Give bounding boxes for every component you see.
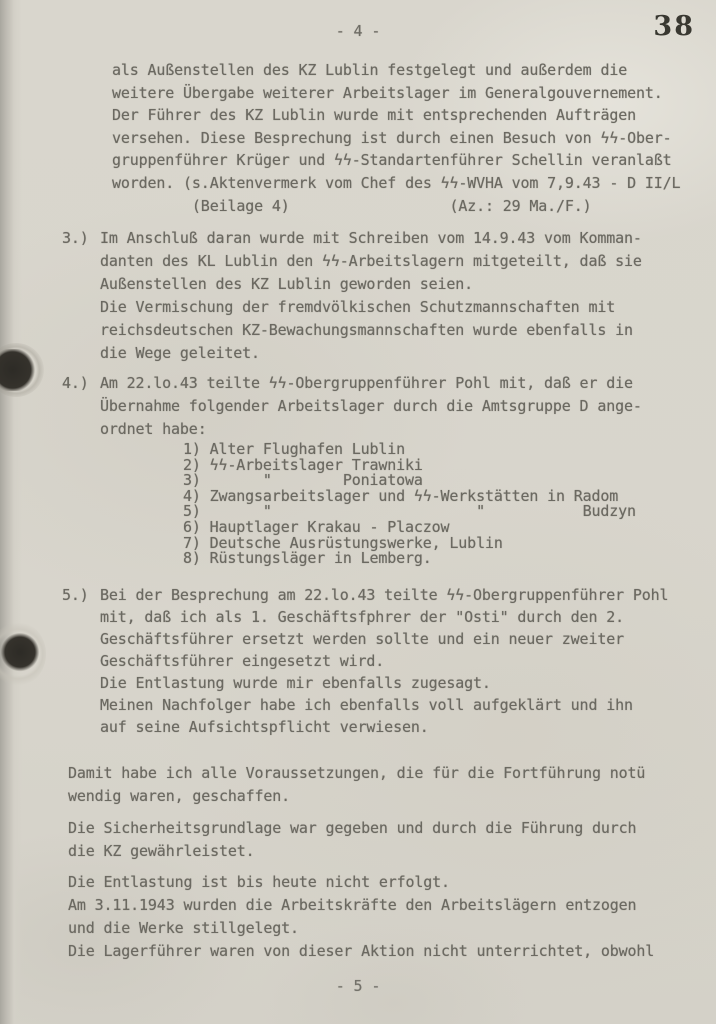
paragraph-line: Am 22.lo.43 teilte ϟϟ-Obergruppenführer … — [100, 372, 716, 395]
item-number: 4.) — [62, 372, 89, 395]
paragraph-line: ordnet habe: — [100, 418, 716, 441]
paragraph-line: auf seine Aufsichtspflicht verwiesen. — [100, 716, 716, 738]
paragraph-line: Im Anschluß daran wurde mit Schreiben vo… — [100, 227, 716, 250]
page-edge-shadow — [0, 0, 22, 1024]
paragraph-line: mit, daß ich als 1. Geschäftsfphrer der … — [100, 606, 716, 628]
numbered-item-5: 5.) Bei der Besprechung am 22.lo.43 teil… — [0, 584, 716, 738]
attachment-reference-line: (Beilage 4) (Az.: 29 Ma./F.) — [112, 195, 716, 218]
folio-number: 38 — [653, 11, 695, 42]
paragraph-line: danten des KL Lublin den ϟϟ-Arbeitslager… — [100, 250, 716, 273]
paragraph-line: Meinen Nachfolger habe ich ebenfalls vol… — [100, 694, 716, 716]
paragraph-line: Der Führer des KZ Lublin wurde mit entsp… — [112, 104, 716, 127]
paragraph-line: Außenstellen des KZ Lublin geworden seie… — [100, 273, 716, 296]
paragraph-line: worden. (s.Aktenvermerk vom Chef des ϟϟ-… — [112, 172, 716, 195]
paragraph-line: Die Entlastung ist bis heute nicht erfol… — [68, 871, 716, 894]
list-item: 8) Rüstungsläger in Lemberg. — [183, 551, 716, 567]
intro-paragraph: als Außenstellen des KZ Lublin festgeleg… — [112, 59, 716, 217]
page-number-bottom: - 5 - — [0, 977, 716, 995]
paragraph-line: Die Lagerführer waren von dieser Aktion … — [68, 940, 716, 963]
paragraph-line: Übernahme folgender Arbeitslager durch d… — [100, 395, 716, 418]
camp-list: 1) Alter Flughafen Lublin 2) ϟϟ-Arbeitsl… — [183, 442, 716, 567]
paragraph-line: die Wege geleitet. — [100, 342, 716, 365]
paragraph-line: Am 3.11.1943 wurden die Arbeitskräfte de… — [68, 894, 716, 917]
paragraph-line: gruppenführer Krüger und ϟϟ-Standartenfü… — [112, 149, 716, 172]
item-number: 5.) — [62, 584, 89, 606]
paragraph-line: Die Sicherheitsgrundlage war gegeben und… — [68, 817, 716, 840]
paragraph-line: Damit habe ich alle Voraussetzungen, die… — [68, 762, 716, 785]
paragraph-line: als Außenstellen des KZ Lublin festgeleg… — [112, 59, 716, 82]
closing-paragraph-2: Die Sicherheitsgrundlage war gegeben und… — [68, 817, 716, 863]
page-number-top: - 4 - — [0, 22, 716, 40]
paragraph-line: Bei der Besprechung am 22.lo.43 teilte ϟ… — [100, 584, 716, 606]
paragraph-line: weitere Übergabe weiterer Arbeitslager i… — [112, 82, 716, 105]
closing-paragraph-3: Die Entlastung ist bis heute nicht erfol… — [68, 871, 716, 963]
paragraph-line: und die Werke stillgelegt. — [68, 917, 716, 940]
paragraph-line: Geschäftsführer eingesetzt wird. — [100, 650, 716, 672]
item-number: 3.) — [62, 227, 89, 250]
paragraph-line: Die Vermischung der fremdvölkischen Schu… — [100, 296, 716, 319]
document-page: - 4 - 38 als Außenstellen des KZ Lublin … — [0, 0, 716, 1024]
numbered-item-4: 4.) Am 22.lo.43 teilte ϟϟ-Obergruppenfüh… — [0, 372, 716, 441]
numbered-item-3: 3.) Im Anschluß daran wurde mit Schreibe… — [0, 227, 716, 365]
closing-paragraph-1: Damit habe ich alle Voraussetzungen, die… — [68, 762, 716, 808]
paragraph-line: reichsdeutschen KZ-Bewachungsmannschafte… — [100, 319, 716, 342]
paragraph-line: die KZ gewährleistet. — [68, 840, 716, 863]
paragraph-line: wendig waren, geschaffen. — [68, 785, 716, 808]
paragraph-line: Die Entlastung wurde mir ebenfalls zuges… — [100, 672, 716, 694]
paragraph-line: Geschäftsführer ersetzt werden sollte un… — [100, 628, 716, 650]
paragraph-line: versehen. Diese Besprechung ist durch ei… — [112, 127, 716, 150]
